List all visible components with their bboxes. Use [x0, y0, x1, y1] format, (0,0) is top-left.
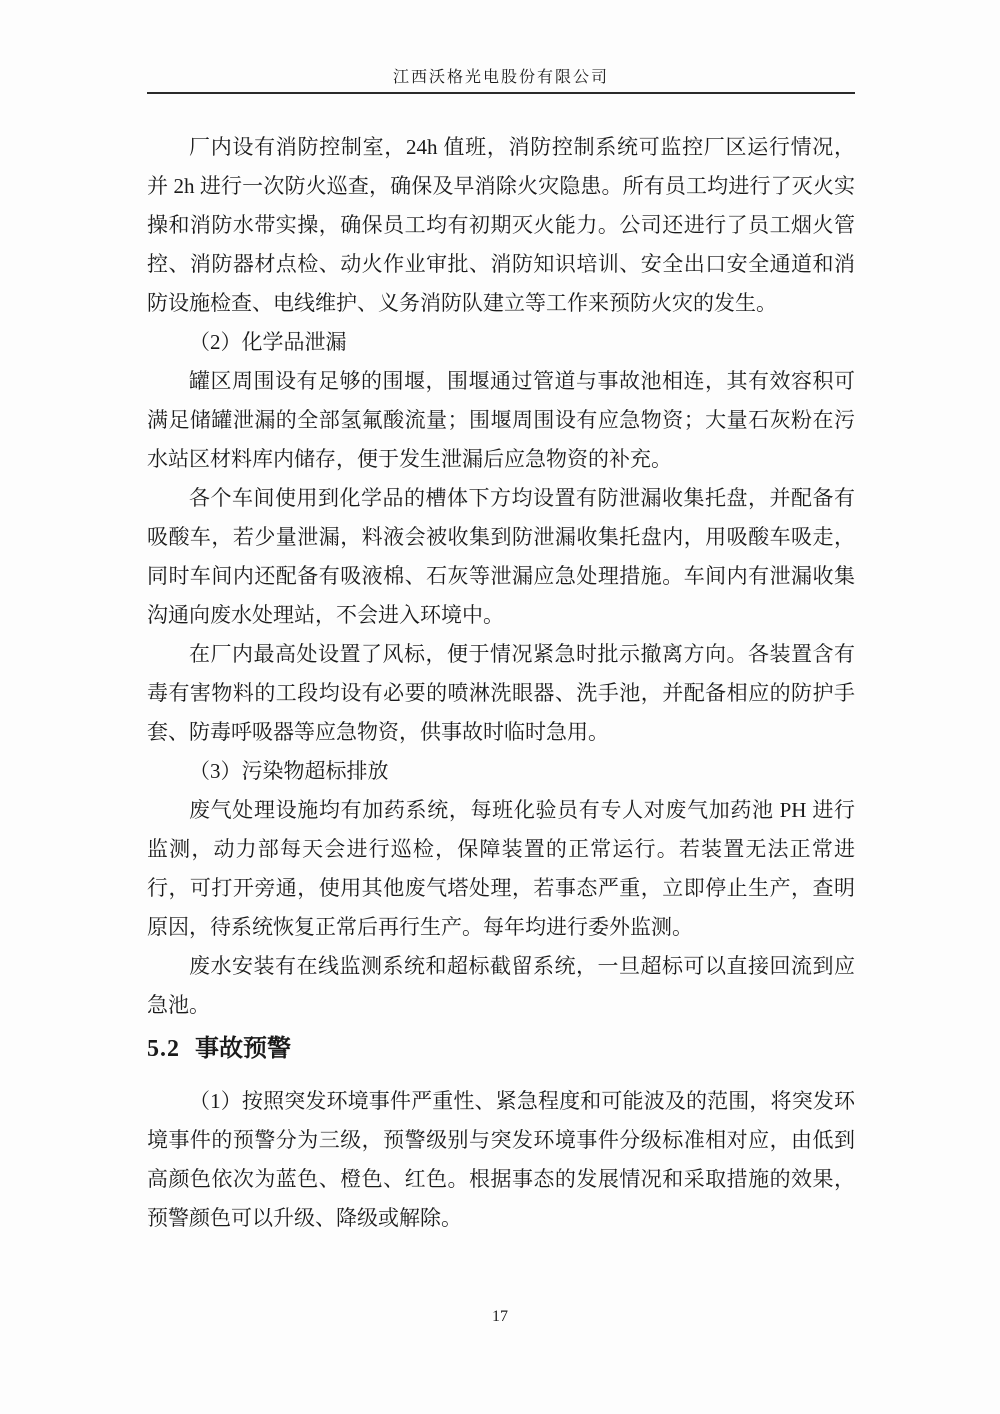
paragraph-tank-bund: 罐区周围设有足够的围堰，围堰通过管道与事故池相连，其有效容积可满足储罐泄漏的全部… — [147, 362, 855, 479]
document-page: 江西沃格光电股份有限公司 厂内设有消防控制室，24h 值班，消防控制系统可监控厂… — [0, 0, 1000, 1414]
paragraph-warning-levels: （1）按照突发环境事件严重性、紧急程度和可能波及的范围，将突发环境事件的预警分为… — [147, 1082, 855, 1238]
document-body: 厂内设有消防控制室，24h 值班，消防控制系统可监控厂区运行情况，并 2h 进行… — [147, 128, 855, 1238]
page-header: 江西沃格光电股份有限公司 — [147, 64, 855, 94]
page-number: 17 — [492, 1308, 508, 1325]
subsection-label-chemical-leak: （2）化学品泄漏 — [147, 323, 855, 362]
section-heading-number: 5.2 — [147, 1036, 180, 1062]
section-heading-accident-warning: 5.2事故预警 — [147, 1029, 855, 1069]
paragraph-waste-gas: 废气处理设施均有加药系统，每班化验员有专人对废气加药池 PH 进行监测，动力部每… — [147, 791, 855, 947]
section-heading-title: 事故预警 — [195, 1036, 291, 1062]
paragraph-fire-control: 厂内设有消防控制室，24h 值班，消防控制系统可监控厂区运行情况，并 2h 进行… — [147, 128, 855, 323]
paragraph-workshop-trays: 各个车间使用到化学品的槽体下方均设置有防泄漏收集托盘，并配备有吸酸车，若少量泄漏… — [147, 479, 855, 635]
header-company-name: 江西沃格光电股份有限公司 — [393, 69, 609, 86]
subsection-label-pollutant-exceedance: （3）污染物超标排放 — [147, 752, 855, 791]
page-footer: 17 — [0, 1308, 1000, 1326]
paragraph-wind-vane: 在厂内最高处设置了风标，便于情况紧急时批示撤离方向。各装置含有毒有害物料的工段均… — [147, 635, 855, 752]
paragraph-waste-water: 废水安装有在线监测系统和超标截留系统，一旦超标可以直接回流到应急池。 — [147, 947, 855, 1025]
